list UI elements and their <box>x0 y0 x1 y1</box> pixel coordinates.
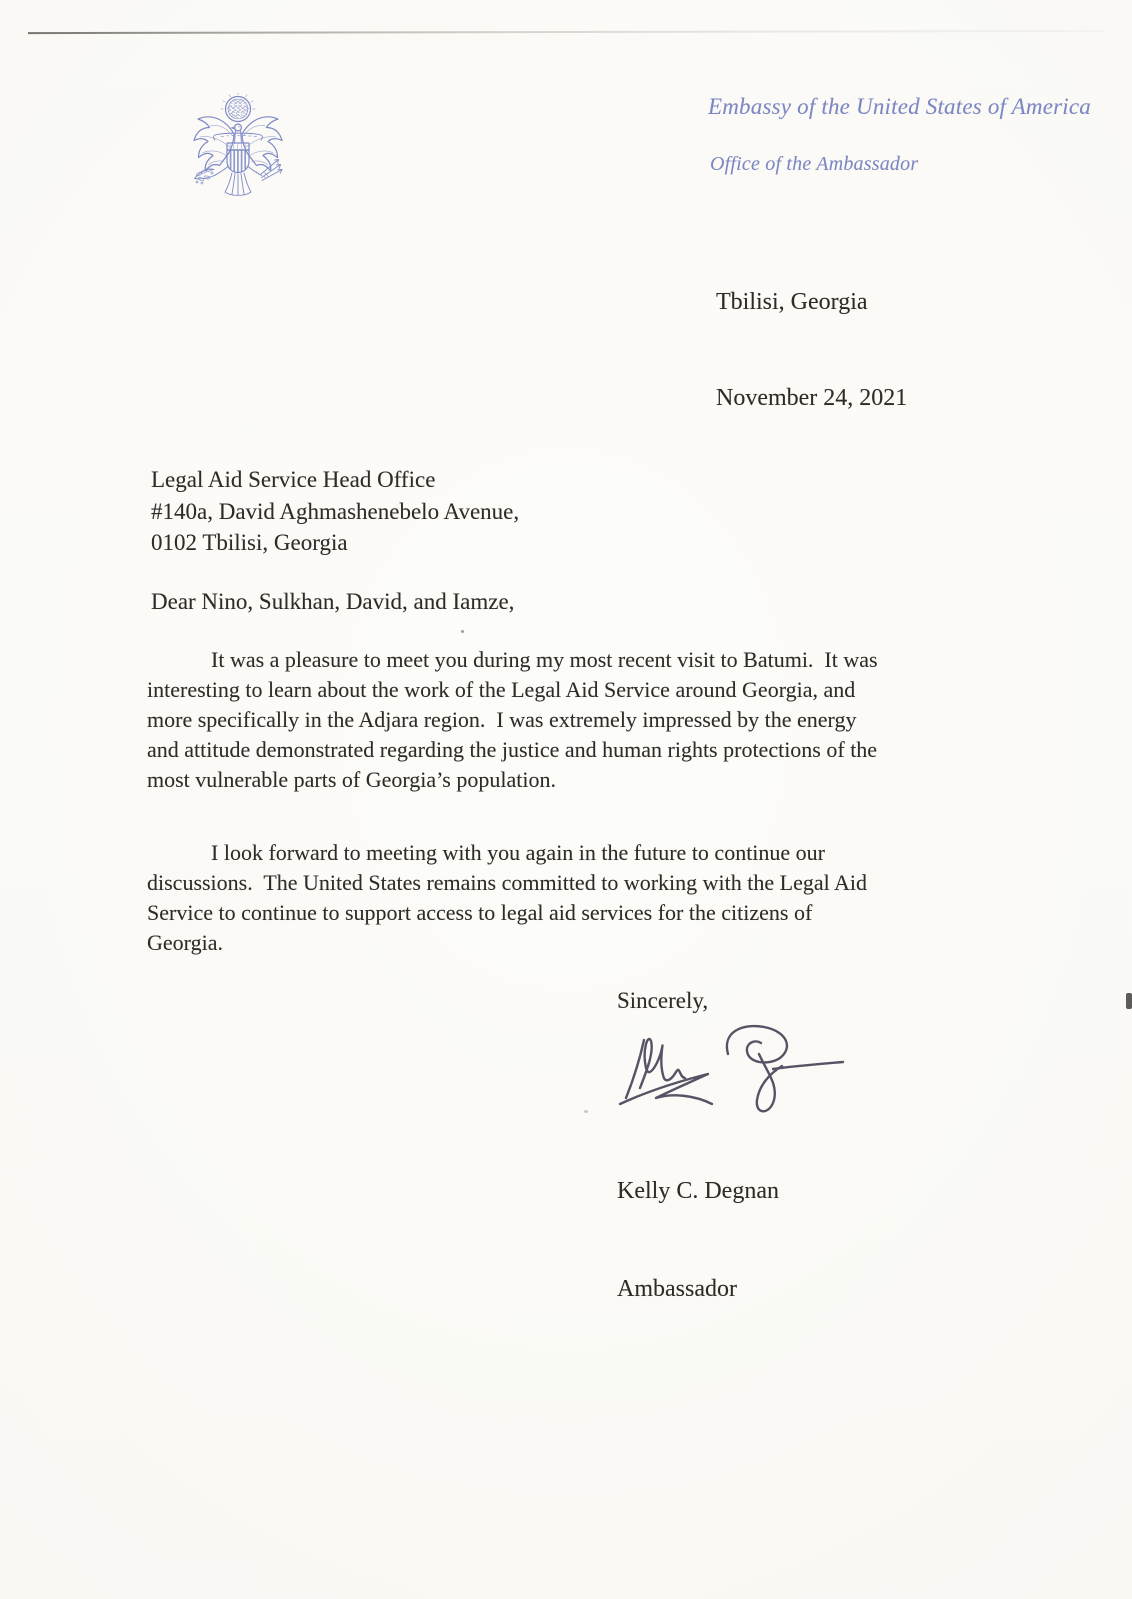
letterhead-office-line: Office of the Ambassador <box>710 153 918 176</box>
salutation: Dear Nino, Sulkhan, David, and Iamze, <box>151 589 514 615</box>
scan-artifact-dot <box>584 1110 588 1113</box>
scan-artifact-line <box>28 30 1104 34</box>
dateline-place: Tbilisi, Georgia <box>716 286 907 318</box>
us-great-seal-icon <box>188 93 288 206</box>
dateline-date: November 24, 2021 <box>716 382 907 414</box>
signature-block: Kelly C. Degnan Ambassador <box>617 1110 779 1370</box>
valediction: Sincerely, <box>617 988 708 1014</box>
dateline: Tbilisi, Georgia November 24, 2021 <box>716 222 907 478</box>
scan-artifact-dot <box>461 630 464 633</box>
handwritten-signature <box>610 1020 850 1122</box>
recipient-address: Legal Aid Service Head Office #140a, Dav… <box>151 464 519 559</box>
scanned-letter-page: Embassy of the United States of America … <box>0 0 1132 1599</box>
scan-artifact-edge-mark <box>1126 993 1132 1009</box>
signer-name: Kelly C. Degnan <box>617 1175 779 1208</box>
body-paragraph-1: It was a pleasure to meet you during my … <box>147 645 1107 795</box>
body-paragraph-2: I look forward to meeting with you again… <box>147 838 1107 958</box>
signer-title: Ambassador <box>617 1273 779 1306</box>
letterhead-embassy-line: Embassy of the United States of America <box>708 94 1128 120</box>
